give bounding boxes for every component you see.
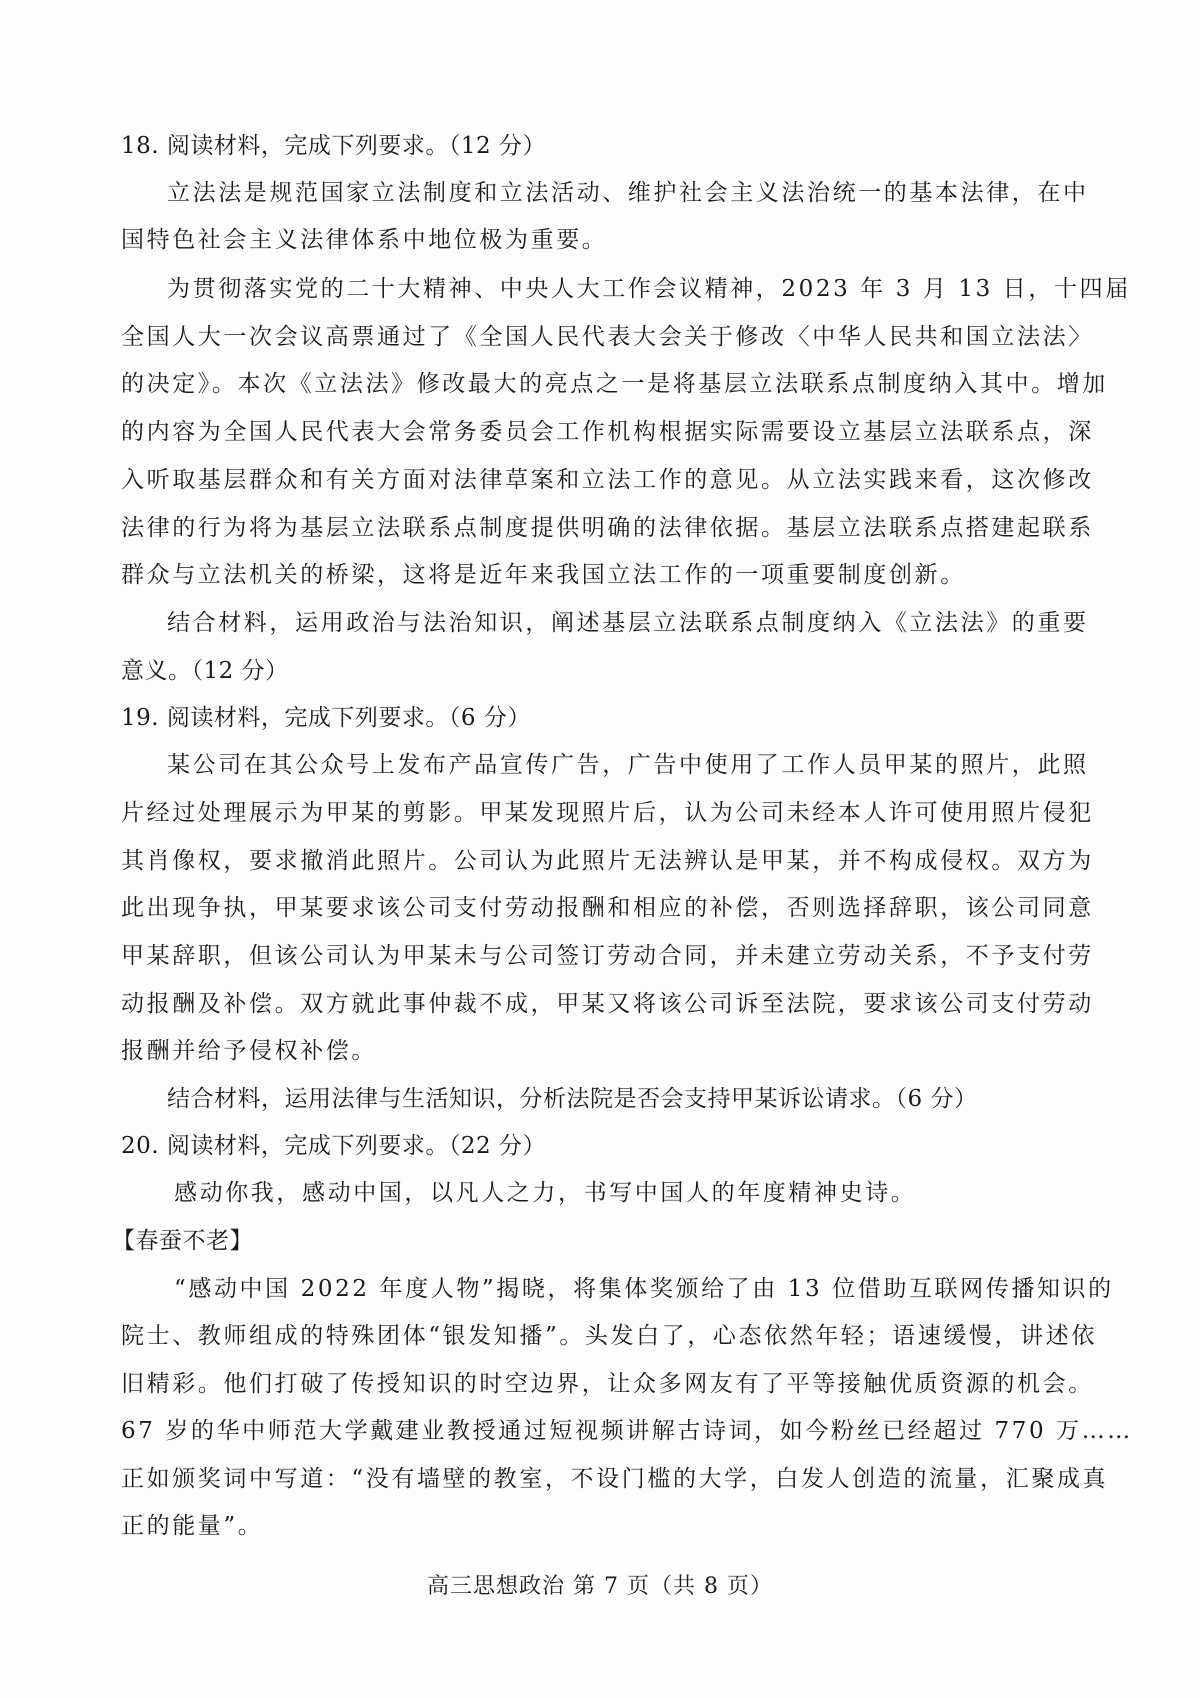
q19-material-line: 报酬并给予侵权补偿。 bbox=[121, 1036, 1081, 1066]
q20-material-line: 正如颁奖词中写道：“没有墙壁的教室，不设门槛的大学，白发人创造的流量，汇聚成真 bbox=[121, 1464, 1081, 1494]
q18-task-line: 结合材料，运用政治与法治知识，阐述基层立法联系点制度纳入《立法法》的重要 bbox=[167, 608, 1081, 638]
q18-material-line: 法律的行为将为基层立法联系点制度提供明确的法律依据。基层立法联系点搭建起联系 bbox=[121, 513, 1081, 543]
page-footer: 高三思想政治 第 7 页（共 8 页） bbox=[0, 1572, 1200, 1602]
q18-material-line: 的决定》。本次《立法法》修改最大的亮点之一是将基层立法联系点制度纳入其中。增加 bbox=[121, 369, 1081, 399]
q19-material-line: 某公司在其公众号上发布产品宣传广告，广告中使用了工作人员甲某的照片，此照 bbox=[167, 750, 1081, 780]
question-18-header: 18. 阅读材料，完成下列要求。（12 分） bbox=[121, 131, 1081, 161]
exam-page: 18. 阅读材料，完成下列要求。（12 分） 立法法是规范国家立法制度和立法活动… bbox=[0, 0, 1200, 1698]
q18-material-line: 入听取基层群众和有关方面对法律草案和立法工作的意见。从立法实践来看，这次修改 bbox=[121, 465, 1081, 495]
q19-task-line: 结合材料，运用法律与生活知识，分析法院是否会支持甲某诉讼请求。（6 分） bbox=[167, 1084, 1081, 1114]
q19-material-line: 动报酬及补偿。双方就此事仲裁不成，甲某又将该公司诉至法院，要求该公司支付劳动 bbox=[121, 989, 1081, 1019]
question-19-header: 19. 阅读材料，完成下列要求。（6 分） bbox=[121, 703, 1081, 733]
q18-material-line: 国特色社会主义法律体系中地位极为重要。 bbox=[121, 225, 1081, 255]
q18-material-line: 全国人大一次会议高票通过了《全国人民代表大会关于修改〈中华人民共和国立法法〉 bbox=[121, 322, 1081, 352]
q18-task-line: 意义。（12 分） bbox=[121, 656, 1081, 686]
question-20-header: 20. 阅读材料，完成下列要求。（22 分） bbox=[121, 1131, 1081, 1161]
q20-material-line: 正的能量”。 bbox=[121, 1511, 1081, 1541]
q20-material-line: 院士、教师组成的特殊团体“银发知播”。头发白了，心态依然年轻；语速缓慢，讲述依 bbox=[121, 1321, 1081, 1351]
q20-section-title: 【春蚕不老】 bbox=[112, 1226, 1072, 1256]
q19-material-line: 片经过处理展示为甲某的剪影。甲某发现照片后，认为公司未经本人许可使用照片侵犯 bbox=[121, 798, 1081, 828]
q19-material-line: 其肖像权，要求撤消此照片。公司认为此照片无法辨认是甲某，并不构成侵权。双方为 bbox=[121, 846, 1081, 876]
q18-material-line: 的内容为全国人民代表大会常务委员会工作机构根据实际需要设立基层立法联系点，深 bbox=[121, 417, 1081, 447]
q19-material-line: 此出现争执，甲某要求该公司支付劳动报酬和相应的补偿，否则选择辞职，该公司同意 bbox=[121, 893, 1081, 923]
q18-material-line: 立法法是规范国家立法制度和立法活动、维护社会主义法治统一的基本法律，在中 bbox=[167, 178, 1081, 208]
q19-material-line: 甲某辞职，但该公司认为甲某未与公司签订劳动合同，并未建立劳动关系，不予支付劳 bbox=[121, 941, 1081, 971]
q18-material-line: 为贯彻落实党的二十大精神、中央人大工作会议精神，2023 年 3 月 13 日，… bbox=[167, 274, 1081, 304]
q20-material-line: “感动中国 2022 年度人物”揭晓，将集体奖颁给了由 13 位借助互联网传播知… bbox=[174, 1274, 1134, 1304]
q18-material-line: 群众与立法机关的桥梁，这将是近年来我国立法工作的一项重要制度创新。 bbox=[121, 560, 1081, 590]
q20-material-line: 旧精彩。他们打破了传授知识的时空边界，让众多网友有了平等接触优质资源的机会。 bbox=[121, 1369, 1081, 1399]
q20-intro: 感动你我，感动中国，以凡人之力，书写中国人的年度精神史诗。 bbox=[174, 1178, 1134, 1208]
q20-material-line: 67 岁的华中师范大学戴建业教授通过短视频讲解古诗词，如今粉丝已经超过 770 … bbox=[121, 1416, 1081, 1446]
